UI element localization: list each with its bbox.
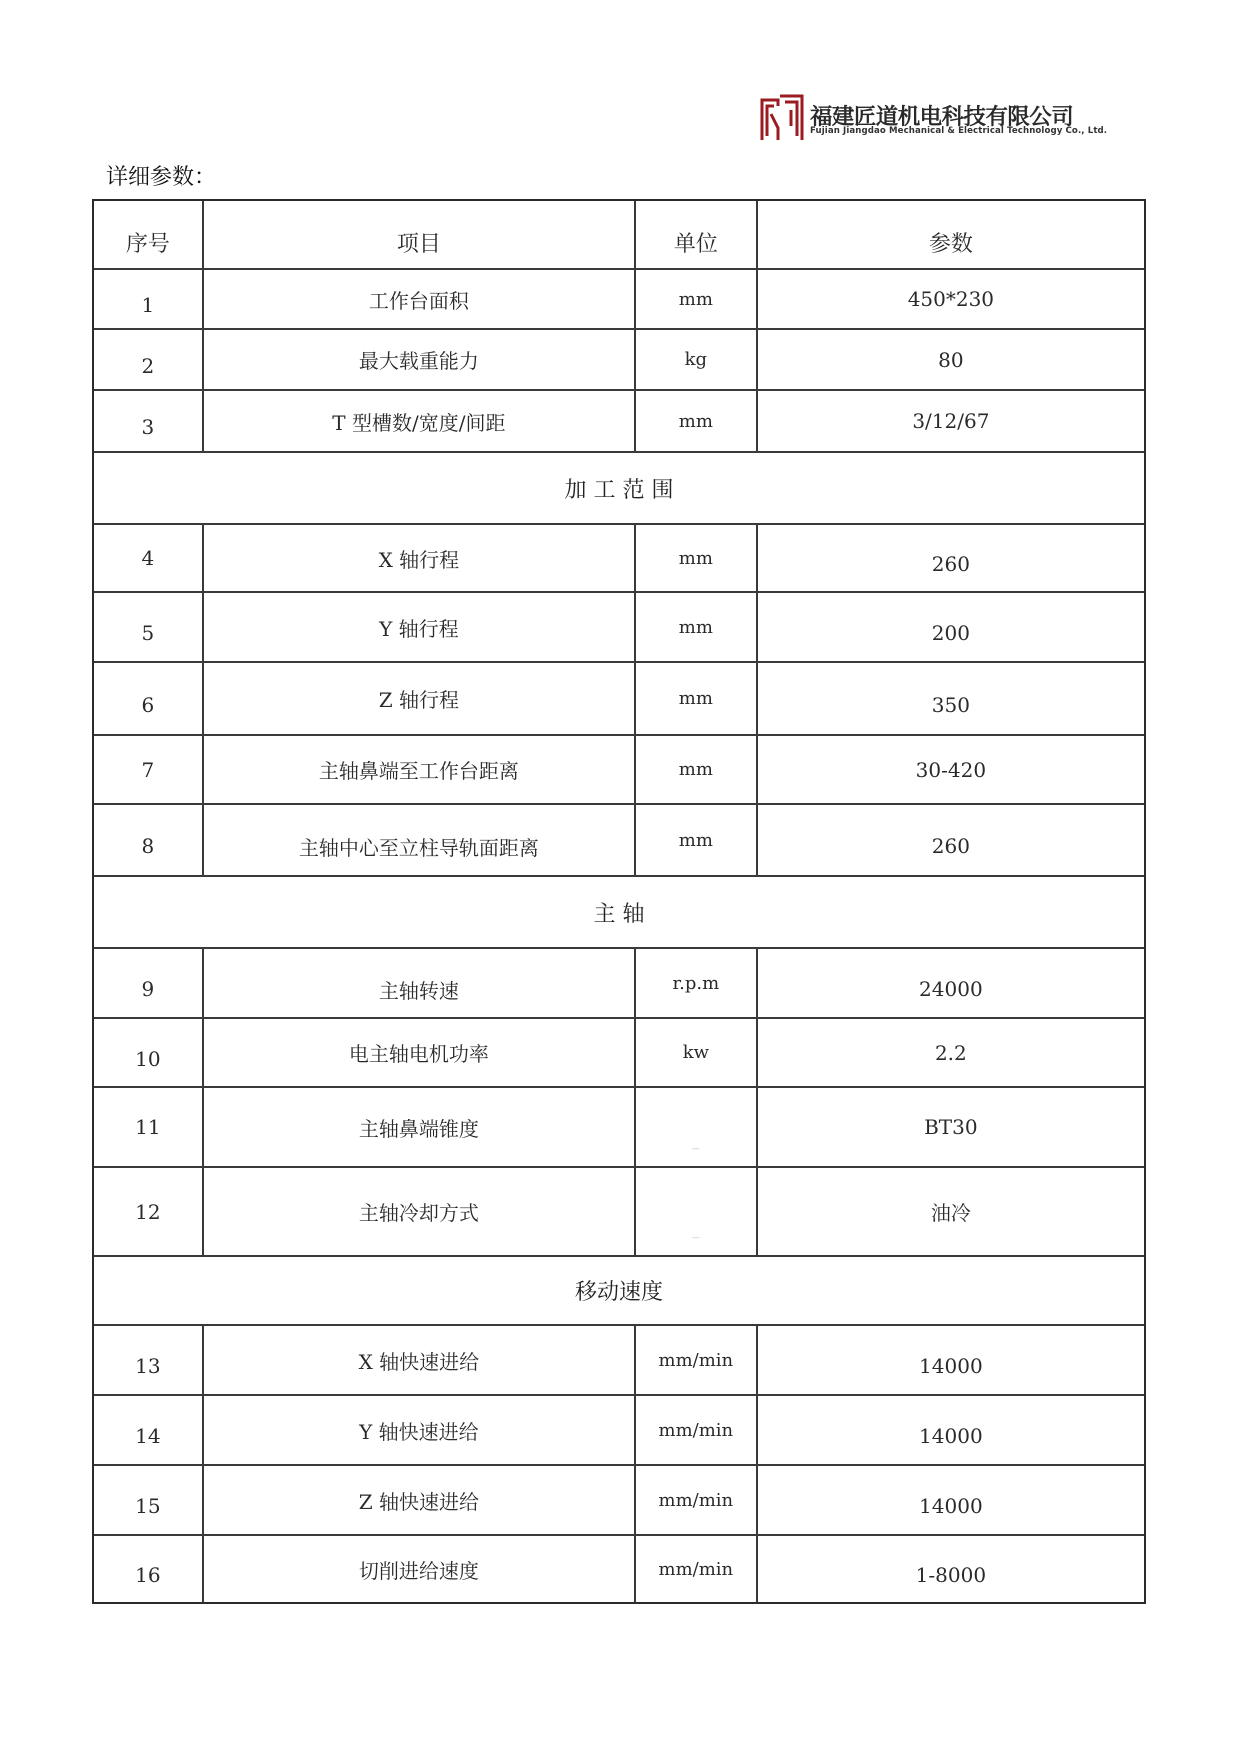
row-item: Y 轴快速进给 <box>202 1396 634 1464</box>
row-no: 8 <box>94 805 202 875</box>
row-unit: mm <box>634 593 756 661</box>
company-logo-icon <box>758 92 806 142</box>
section-title: 移动速度 <box>94 1257 1144 1324</box>
row-no: 1 <box>94 270 202 328</box>
row-item: X 轴快速进给 <box>202 1326 634 1394</box>
row-item: 工作台面积 <box>202 270 634 328</box>
row-unit: mm <box>634 663 756 734</box>
row-value: 260 <box>756 805 1144 875</box>
row-item: X 轴行程 <box>202 525 634 591</box>
row-value: 14000 <box>756 1396 1144 1464</box>
section-row-spindle: 主 轴 <box>94 875 1144 947</box>
company-name-english: Fujian Jiangdao Mechanical & Electrical … <box>810 126 1107 136</box>
table-row: 7 主轴鼻端至工作台距离 mm 30-420 <box>94 734 1144 803</box>
table-row: 6 Z 轴行程 mm 350 <box>94 661 1144 734</box>
table-row: 8 主轴中心至立柱导轨面距离 mm 260 <box>94 803 1144 875</box>
row-value: BT30 <box>756 1088 1144 1166</box>
row-item: 主轴冷却方式 <box>202 1168 634 1255</box>
table-row: 2 最大载重能力 kg 80 <box>94 328 1144 389</box>
row-item: T 型槽数/宽度/间距 <box>202 391 634 451</box>
row-no: 14 <box>94 1396 202 1464</box>
row-unit: mm <box>634 270 756 328</box>
row-value: 2.2 <box>756 1019 1144 1086</box>
row-value: 14000 <box>756 1466 1144 1534</box>
row-no: 16 <box>94 1536 202 1602</box>
row-unit: mm <box>634 736 756 803</box>
row-no: 13 <box>94 1326 202 1394</box>
section-row-machining-range: 加 工 范 围 <box>94 451 1144 523</box>
row-value: 80 <box>756 330 1144 389</box>
table-row: 13 X 轴快速进给 mm/min 14000 <box>94 1324 1144 1394</box>
row-item: Z 轴行程 <box>202 663 634 734</box>
table-row: 10 电主轴电机功率 kw 2.2 <box>94 1017 1144 1086</box>
table-row: 16 切削进给速度 mm/min 1-8000 <box>94 1534 1144 1602</box>
row-unit: mm <box>634 391 756 451</box>
row-no: 5 <box>94 593 202 661</box>
section-row-travel-speed: 移动速度 <box>94 1255 1144 1324</box>
row-item: 主轴鼻端至工作台距离 <box>202 736 634 803</box>
row-value: 350 <box>756 663 1144 734</box>
row-no: 9 <box>94 949 202 1017</box>
row-no: 3 <box>94 391 202 451</box>
row-no: 6 <box>94 663 202 734</box>
row-unit: _ <box>634 1088 756 1166</box>
row-item: Z 轴快速进给 <box>202 1466 634 1534</box>
table-header: 序号 项目 单位 参数 <box>94 201 1144 268</box>
section-title: 主 轴 <box>94 877 1144 947</box>
row-unit: kg <box>634 330 756 389</box>
table-row: 4 X 轴行程 mm 260 <box>94 523 1144 591</box>
row-unit: r.p.m <box>634 949 756 1017</box>
row-unit: mm <box>634 805 756 875</box>
row-value: 14000 <box>756 1326 1144 1394</box>
header-item: 项目 <box>202 201 634 268</box>
row-value: 260 <box>756 525 1144 591</box>
company-logo: 福建匠道机电科技有限公司 Fujian Jiangdao Mechanical … <box>758 92 1130 144</box>
row-value: 450*230 <box>756 270 1144 328</box>
row-unit: mm <box>634 525 756 591</box>
row-value: 200 <box>756 593 1144 661</box>
row-value: 油冷 <box>756 1168 1144 1255</box>
row-item: 切削进给速度 <box>202 1536 634 1602</box>
row-value: 3/12/67 <box>756 391 1144 451</box>
row-no: 11 <box>94 1088 202 1166</box>
row-item: Y 轴行程 <box>202 593 634 661</box>
table-row: 3 T 型槽数/宽度/间距 mm 3/12/67 <box>94 389 1144 451</box>
row-no: 7 <box>94 736 202 803</box>
row-unit: mm/min <box>634 1396 756 1464</box>
row-unit: _ <box>634 1168 756 1255</box>
row-unit: kw <box>634 1019 756 1086</box>
header-value: 参数 <box>756 201 1144 268</box>
row-no: 15 <box>94 1466 202 1534</box>
spec-table: 序号 项目 单位 参数 1 工作台面积 mm 450*230 2 最大载重能力 … <box>92 199 1146 1604</box>
row-value: 24000 <box>756 949 1144 1017</box>
row-no: 4 <box>94 525 202 591</box>
row-item: 主轴中心至立柱导轨面距离 <box>202 805 634 875</box>
row-no: 2 <box>94 330 202 389</box>
section-heading: 详细参数： <box>106 160 216 191</box>
table-row: 12 主轴冷却方式 _ 油冷 <box>94 1166 1144 1255</box>
row-item: 电主轴电机功率 <box>202 1019 634 1086</box>
header-no: 序号 <box>94 201 202 268</box>
table-row: 11 主轴鼻端锥度 _ BT30 <box>94 1086 1144 1166</box>
row-item: 最大载重能力 <box>202 330 634 389</box>
row-unit: mm/min <box>634 1466 756 1534</box>
row-no: 10 <box>94 1019 202 1086</box>
row-unit: mm/min <box>634 1326 756 1394</box>
table-row: 15 Z 轴快速进给 mm/min 14000 <box>94 1464 1144 1534</box>
header-unit: 单位 <box>634 201 756 268</box>
row-unit: mm/min <box>634 1536 756 1602</box>
row-value: 30-420 <box>756 736 1144 803</box>
row-value: 1-8000 <box>756 1536 1144 1602</box>
table-row: 1 工作台面积 mm 450*230 <box>94 268 1144 328</box>
table-row: 14 Y 轴快速进给 mm/min 14000 <box>94 1394 1144 1464</box>
table-row: 5 Y 轴行程 mm 200 <box>94 591 1144 661</box>
table-row: 9 主轴转速 r.p.m 24000 <box>94 947 1144 1017</box>
row-no: 12 <box>94 1168 202 1255</box>
row-item: 主轴转速 <box>202 949 634 1017</box>
row-item: 主轴鼻端锥度 <box>202 1088 634 1166</box>
section-title: 加 工 范 围 <box>94 453 1144 523</box>
